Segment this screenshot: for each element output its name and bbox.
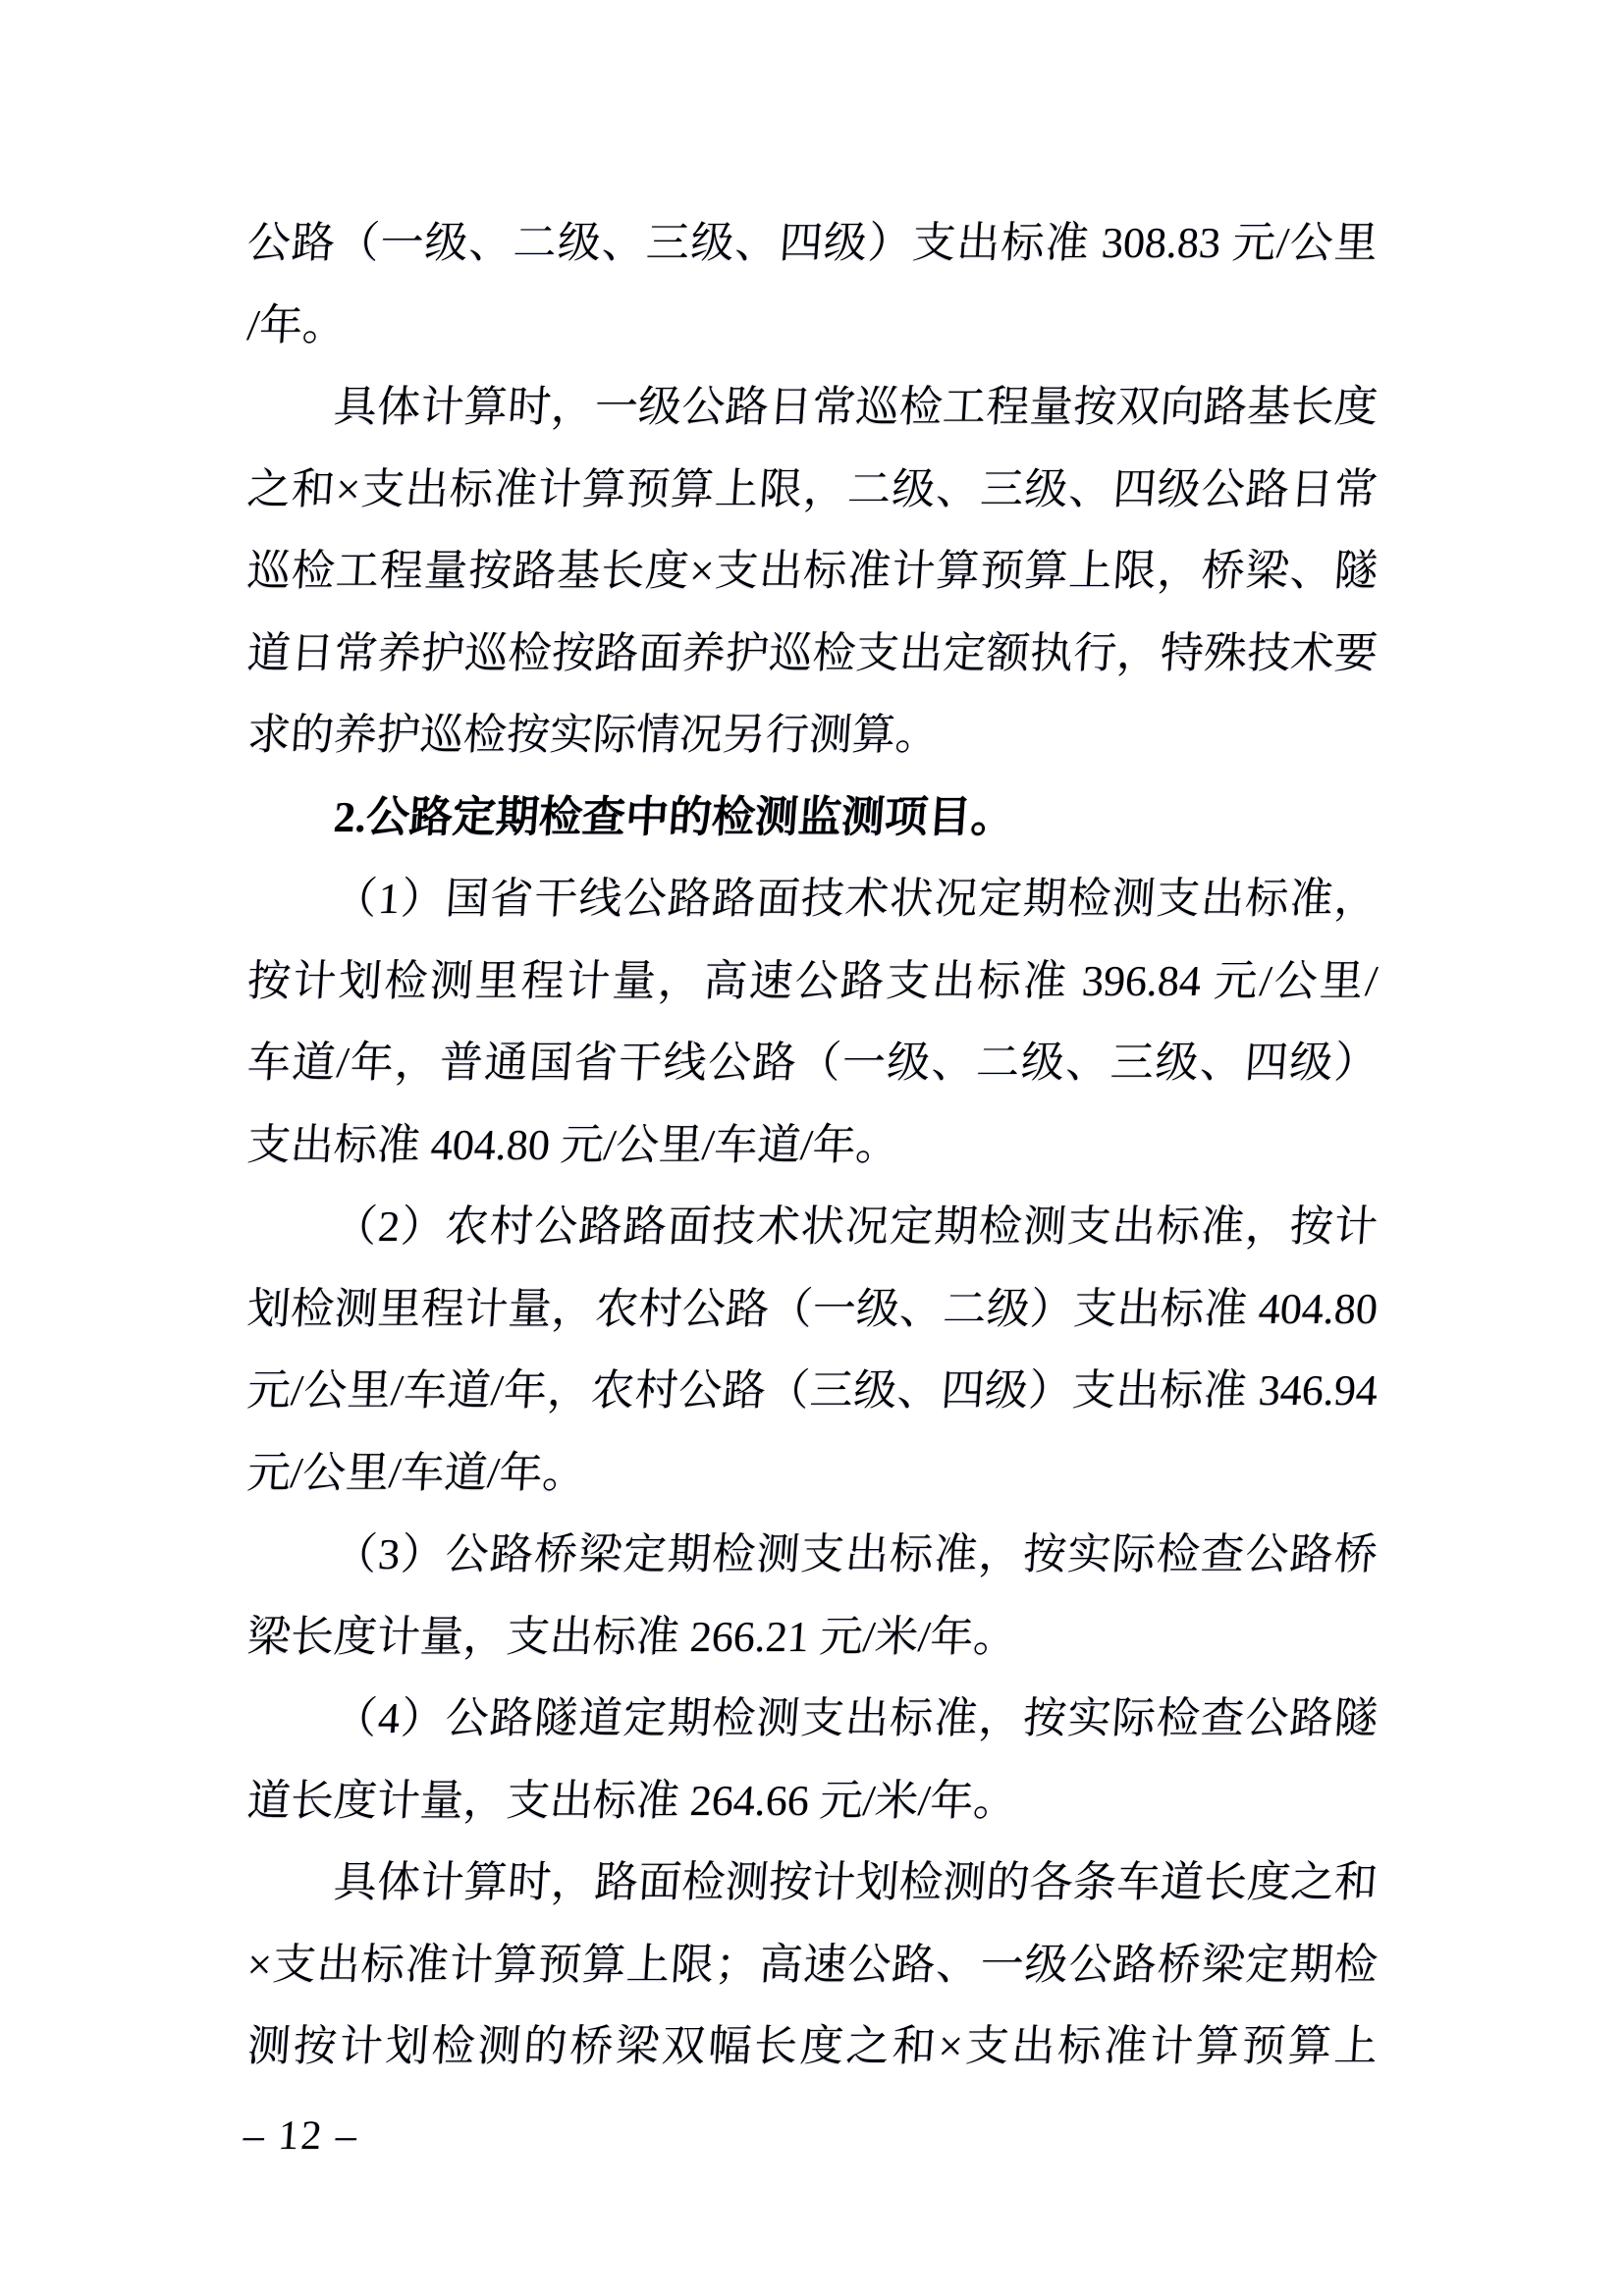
section-heading: 2.公路定期检查中的检测监测项目。 bbox=[244, 776, 1380, 859]
text-line: 元/公里/车道/年。 bbox=[244, 1432, 1380, 1515]
body-text: 公路（一级、二级、三级、四级）支出标准 308.83 元/公里 /年。 具体计算… bbox=[247, 202, 1378, 2088]
text-line: 具体计算时，一级公路日常巡检工程量按双向路基长度 bbox=[244, 366, 1380, 449]
text-line: 划检测里程计量，农村公路（一级、二级）支出标准 404.80 bbox=[244, 1268, 1380, 1351]
text-line: 梁长度计量，支出标准 266.21 元/米/年。 bbox=[244, 1596, 1380, 1679]
text-line: 元/公里/车道/年，农村公路（三级、四级）支出标准 346.94 bbox=[244, 1350, 1380, 1432]
text-line: （2）农村公路路面技术状况定期检测支出标准，按计 bbox=[244, 1186, 1380, 1268]
text-line: （1）国省干线公路路面技术状况定期检测支出标准， bbox=[244, 858, 1380, 940]
text-line: （4）公路隧道定期检测支出标准，按实际检查公路隧 bbox=[244, 1678, 1380, 1760]
page-number: – 12 – bbox=[242, 2110, 360, 2162]
text-line: 求的养护巡检按实际情况另行测算。 bbox=[244, 694, 1380, 776]
text-line: 道长度计量，支出标准 264.66 元/米/年。 bbox=[244, 1760, 1380, 1842]
text-line: 公路（一级、二级、三级、四级）支出标准 308.83 元/公里 bbox=[244, 202, 1380, 285]
text-line: 具体计算时，路面检测按计划检测的各条车道长度之和 bbox=[244, 1842, 1380, 1924]
text-line: ×支出标准计算预算上限；高速公路、一级公路桥梁定期检 bbox=[244, 1924, 1380, 2006]
text-line: （3）公路桥梁定期检测支出标准，按实际检查公路桥 bbox=[244, 1514, 1380, 1596]
text-line: 道日常养护巡检按路面养护巡检支出定额执行，特殊技术要 bbox=[244, 613, 1380, 695]
text-line: 之和×支出标准计算预算上限，二级、三级、四级公路日常 bbox=[244, 449, 1380, 531]
text-line: 测按计划检测的桥梁双幅长度之和×支出标准计算预算上 bbox=[244, 2005, 1380, 2088]
text-line: /年。 bbox=[244, 285, 1380, 367]
text-line: 车道/年，普通国省干线公路（一级、二级、三级、四级） bbox=[244, 1022, 1380, 1104]
text-line: 按计划检测里程计量，高速公路支出标准 396.84 元/公里/ bbox=[244, 940, 1380, 1023]
text-line: 巡检工程量按路基长度×支出标准计算预算上限，桥梁、隧 bbox=[244, 530, 1380, 613]
text-line: 支出标准 404.80 元/公里/车道/年。 bbox=[244, 1104, 1380, 1187]
document-page: 公路（一级、二级、三级、四级）支出标准 308.83 元/公里 /年。 具体计算… bbox=[0, 0, 1624, 2296]
